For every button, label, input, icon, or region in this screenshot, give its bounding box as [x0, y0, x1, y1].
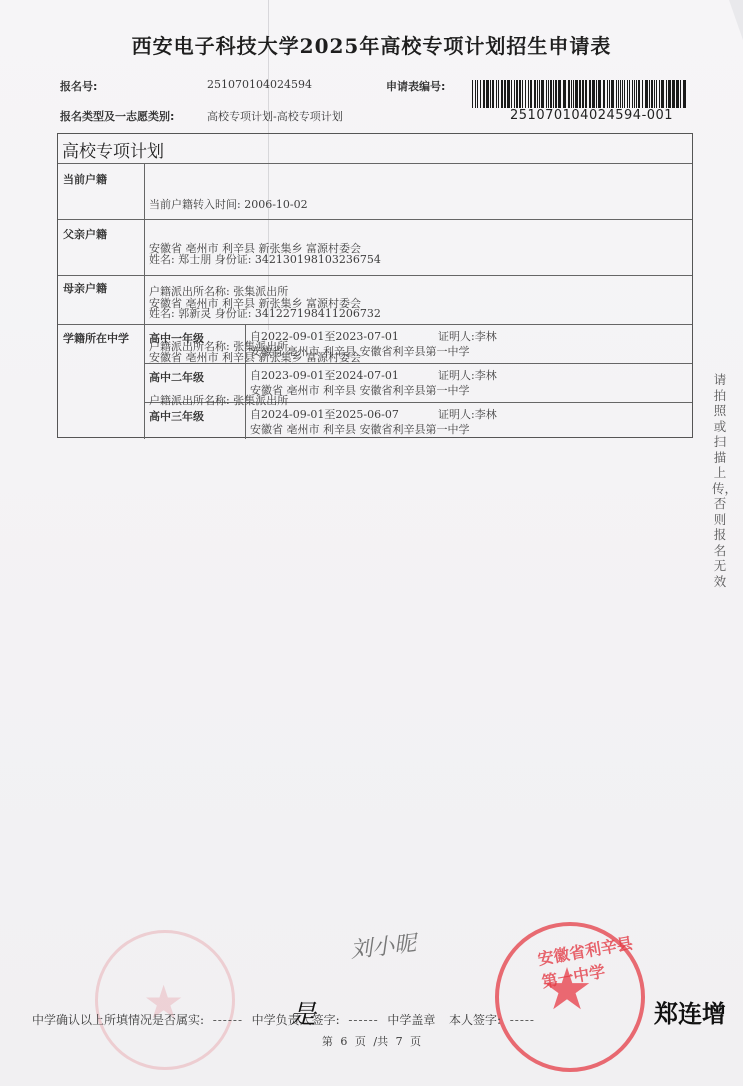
scanned-page: 西安电子科技大学2025年高校专项计划招生申请表 报名号: 2510701040… — [0, 0, 743, 1086]
grade-3-witness: 证明人:李林 — [438, 407, 497, 422]
divider — [58, 163, 692, 164]
self-sign-line: ----- — [505, 1013, 535, 1027]
grade-1-address: 安徽省 亳州市 利辛县 安徽省利辛县第一中学 — [250, 344, 470, 359]
grade-2-period: 自2023-09-01至2024-07-01 — [250, 368, 470, 383]
registration-number-label: 报名号: — [60, 78, 97, 94]
grade-3-period: 自2024-09-01至2025-06-07 — [250, 407, 470, 422]
mother-name-id: 姓名: 郭新灵 身份证: 341227198411206732 — [149, 307, 381, 322]
transfer-date: 当前户籍转入时间: 2006-10-02 — [149, 198, 361, 213]
grade-2-witness: 证明人:李林 — [438, 368, 497, 383]
father-household-label: 父亲户籍 — [63, 226, 107, 242]
grade-3-address: 安徽省 亳州市 利辛县 安徽省利辛县第一中学 — [250, 422, 470, 437]
school-label: 学籍所在中学 — [63, 330, 129, 346]
form-number: 251070104024594-001 — [510, 108, 673, 123]
principal-line: ------ — [344, 1013, 384, 1027]
grade-1-info: 自2022-09-01至2023-07-01 证明人:李林 安徽省 亳州市 利辛… — [250, 329, 470, 359]
grade-1-witness: 证明人:李林 — [438, 329, 497, 344]
application-form-table: 高校专项计划 当前户籍 当前户籍转入时间: 2006-10-02 安徽省 亳州市… — [57, 133, 693, 438]
stamp-text: 安徽省利辛县第一中学 — [536, 929, 644, 992]
category-value: 高校专项计划-高校专项计划 — [207, 108, 343, 124]
grade-2-label: 高中二年级 — [149, 369, 204, 385]
side-instruction-note: 请拍照或扫描上传，否则报名无效 — [712, 372, 728, 589]
barcode-icon — [472, 80, 690, 108]
principal-signature: 刘小昵 — [349, 927, 418, 965]
school-seal-stamp: ★ 安徽省利辛县第一中学 — [495, 922, 645, 1072]
grade-3-info: 自2024-09-01至2025-06-07 证明人:李林 安徽省 亳州市 利辛… — [250, 407, 470, 437]
grade-3-label: 高中三年级 — [149, 408, 204, 424]
father-name-id: 姓名: 郑士朋 身份证: 342130198103236754 — [149, 253, 381, 268]
grade-1-label: 高中一年级 — [149, 330, 204, 346]
current-household-label: 当前户籍 — [63, 171, 107, 187]
seal-label: 中学盖章 — [387, 1011, 435, 1028]
self-signature: 郑连增 — [654, 994, 726, 1029]
footer-confirmation: 中学确认以上所填情况是否属实: ------ 中学负责人签字: ------ 中… — [32, 1011, 535, 1028]
grade-2-info: 自2023-09-01至2024-07-01 证明人:李林 安徽省 亳州市 利辛… — [250, 368, 470, 398]
confirm-handwritten: 是 — [290, 994, 316, 1031]
registration-number: 251070104024594 — [207, 78, 312, 91]
mother-household-label: 母亲户籍 — [63, 280, 107, 296]
self-sign-label: 本人签字: — [449, 1011, 501, 1028]
confirm-label: 中学确认以上所填情况是否属实: — [32, 1011, 204, 1028]
faint-seal-stamp: ★ — [95, 930, 235, 1070]
document-title: 西安电子科技大学2025年高校专项计划招生申请表 — [0, 30, 743, 59]
category-label: 报名类型及一志愿类别: — [60, 108, 174, 124]
grade-2-address: 安徽省 亳州市 利辛县 安徽省利辛县第一中学 — [250, 383, 470, 398]
form-number-label: 申请表编号: — [386, 78, 445, 94]
grade-1-period: 自2022-09-01至2023-07-01 — [250, 329, 470, 344]
divider — [144, 163, 145, 439]
plan-heading: 高校专项计划 — [62, 137, 164, 162]
confirm-line: ------ — [208, 1013, 248, 1027]
page-indicator: 第 6 页 /共 7 页 — [0, 1033, 743, 1049]
